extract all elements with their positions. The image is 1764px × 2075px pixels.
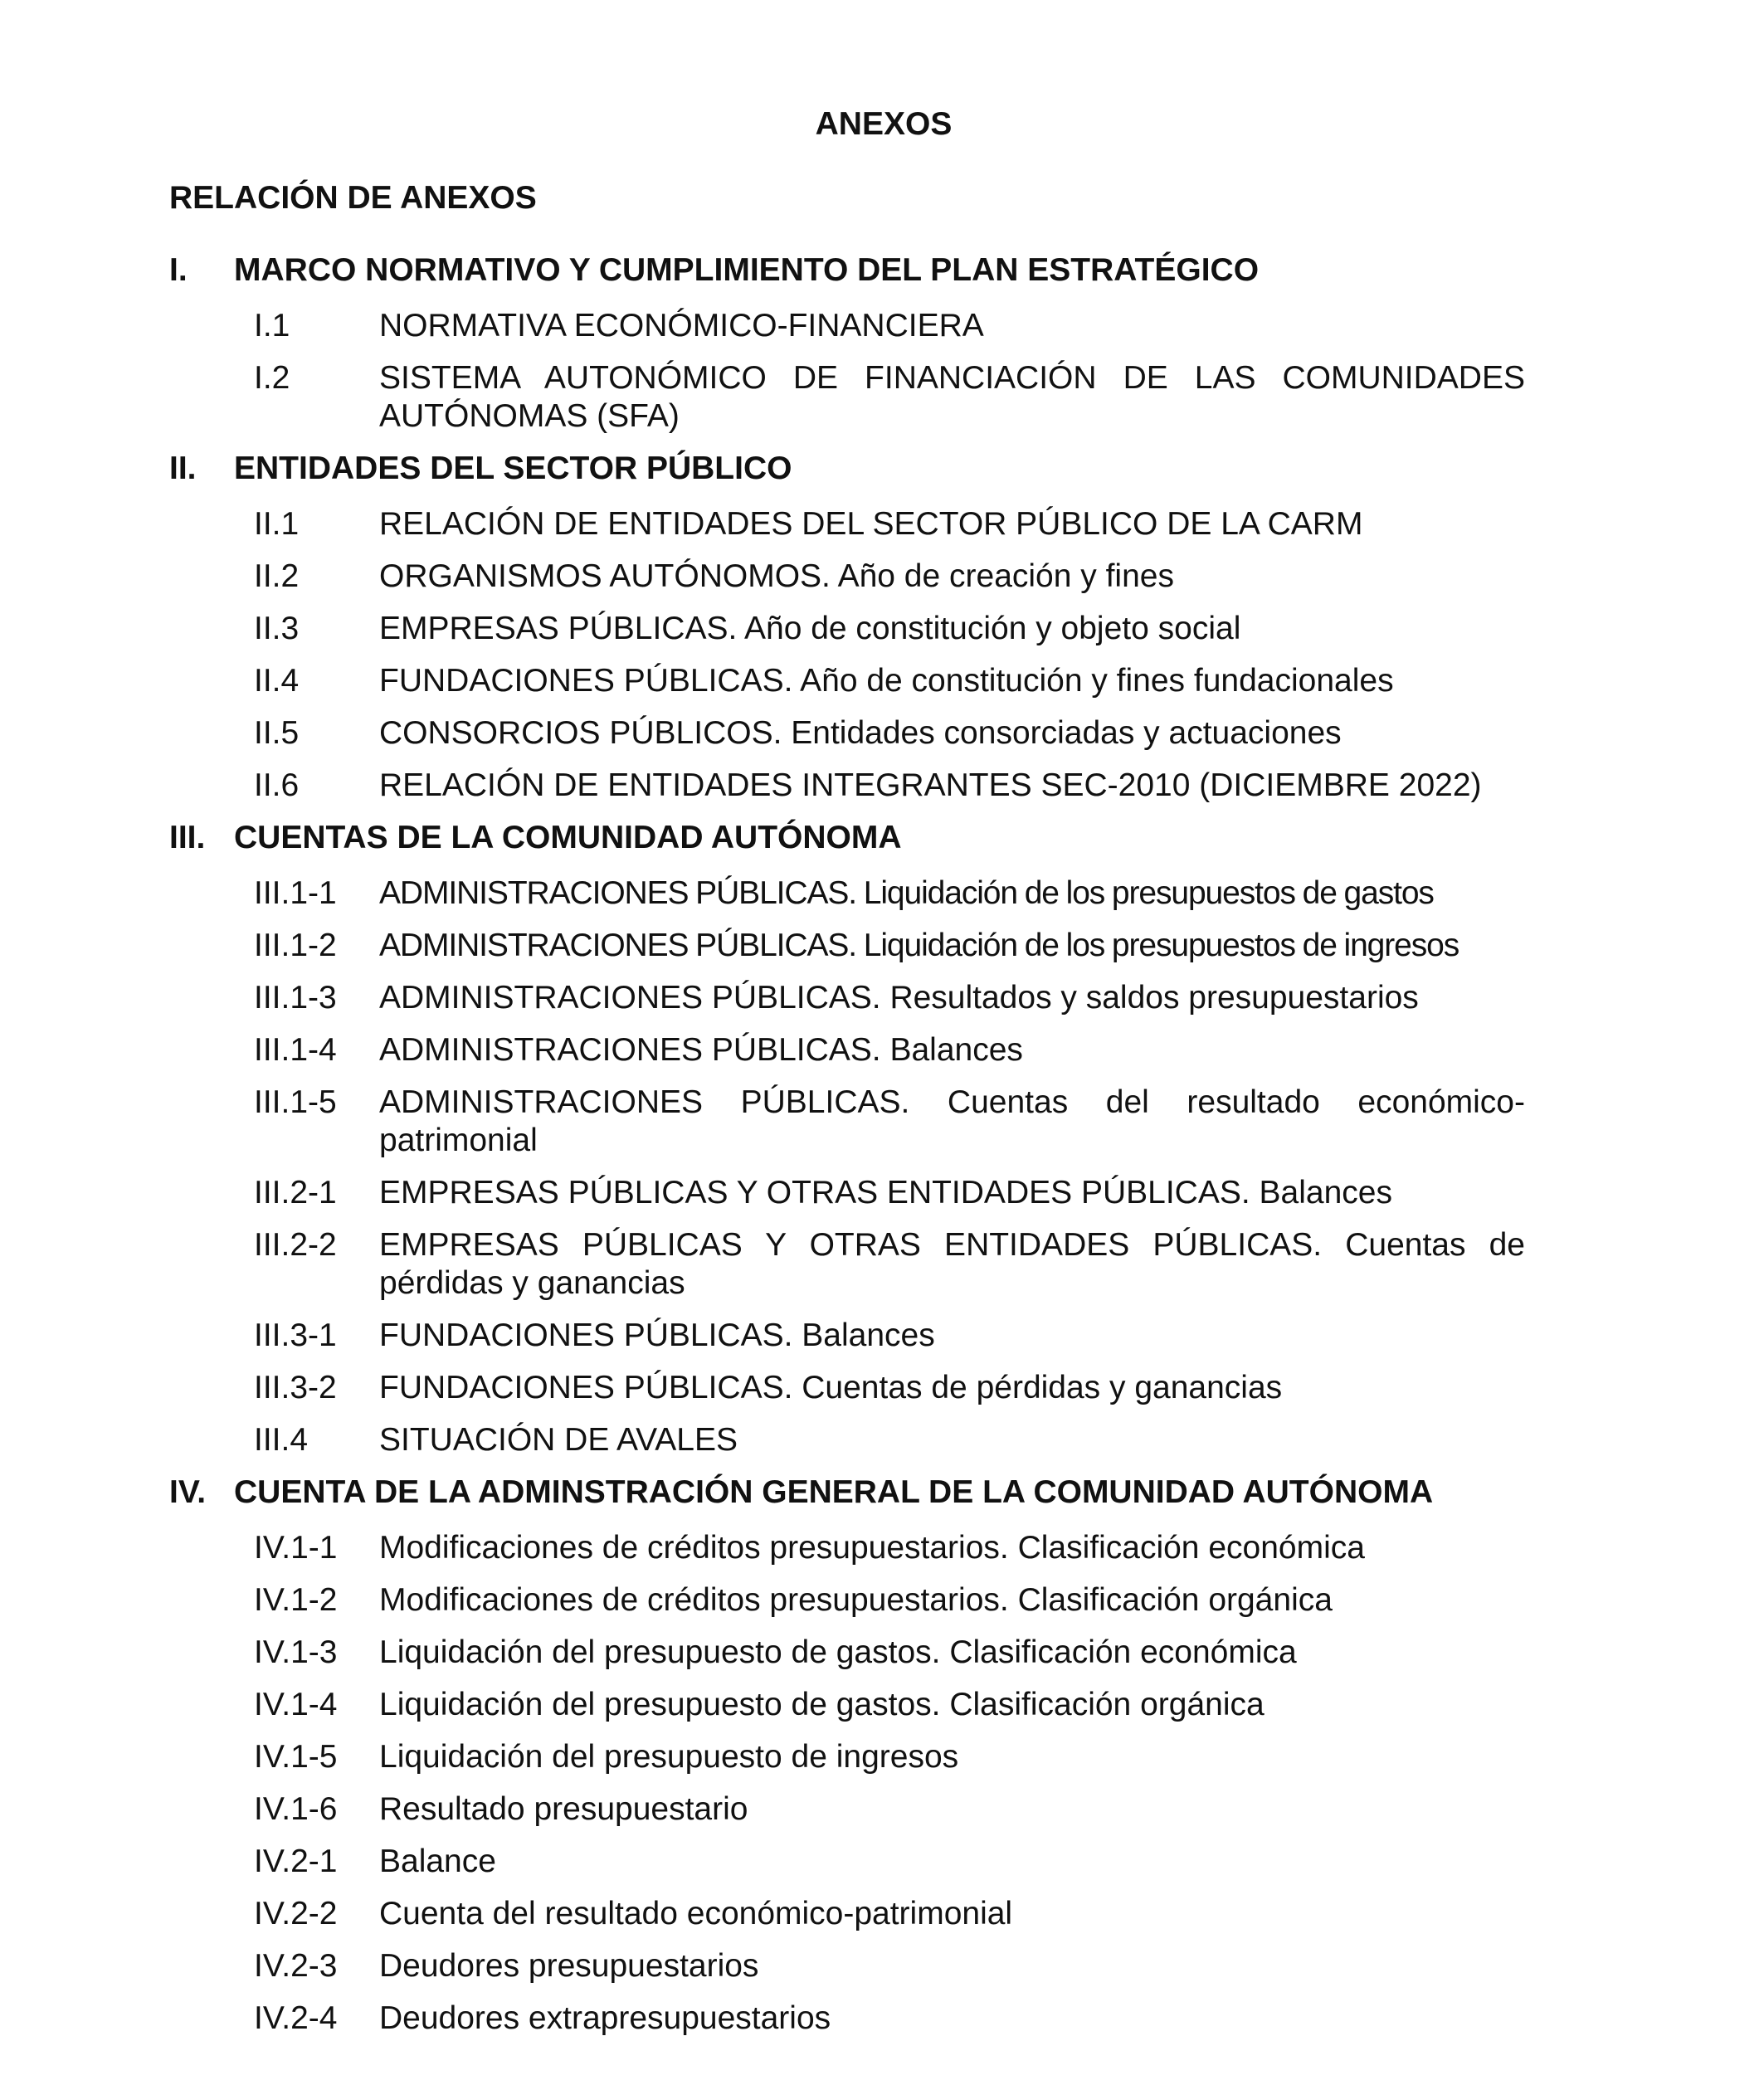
annex-code: II.6 xyxy=(254,767,379,805)
annex-section-3: IV. CUENTA DE LA ADMINSTRACIÓN GENERAL D… xyxy=(0,1473,1764,2038)
annex-list-title: RELACIÓN DE ANEXOS xyxy=(169,179,1764,217)
annex-item: III.3-1 FUNDACIONES PÚBLICAS. Balances xyxy=(254,1317,1525,1355)
annex-code: IV.1-1 xyxy=(254,1529,379,1567)
annex-item: II.4 FUNDACIONES PÚBLICAS. Año de consti… xyxy=(254,662,1525,700)
annex-description: SITUACIÓN DE AVALES xyxy=(379,1421,1525,1459)
annex-description: RELACIÓN DE ENTIDADES INTEGRANTES SEC-20… xyxy=(379,767,1525,805)
annex-code: III.1-3 xyxy=(254,979,379,1017)
annex-description: ADMINISTRACIONES PÚBLICAS. Liquidación d… xyxy=(379,927,1525,965)
annex-description: ADMINISTRACIONES PÚBLICAS. Cuentas del r… xyxy=(379,1084,1525,1160)
annex-item: IV.1-3 Liquidación del presupuesto de ga… xyxy=(254,1634,1525,1672)
annex-item: III.2-1 EMPRESAS PÚBLICAS Y OTRAS ENTIDA… xyxy=(254,1174,1525,1212)
annex-item: IV.1-6 Resultado presupuestario xyxy=(254,1790,1525,1829)
annex-code: III.3-1 xyxy=(254,1317,379,1355)
annex-code: II.4 xyxy=(254,662,379,700)
annex-description: Liquidación del presupuesto de ingresos xyxy=(379,1738,1525,1776)
annex-description: Liquidación del presupuesto de gastos. C… xyxy=(379,1686,1525,1724)
section-items: II.1 RELACIÓN DE ENTIDADES DEL SECTOR PÚ… xyxy=(0,505,1764,805)
annex-item: III.2-2 EMPRESAS PÚBLICAS Y OTRAS ENTIDA… xyxy=(254,1226,1525,1303)
annex-code: I.2 xyxy=(254,359,379,436)
annex-description: FUNDACIONES PÚBLICAS. Cuentas de pérdida… xyxy=(379,1369,1525,1407)
section-items: IV.1-1 Modificaciones de créditos presup… xyxy=(0,1529,1764,2038)
annex-code: IV.1-5 xyxy=(254,1738,379,1776)
annex-item: I.2 SISTEMA AUTONÓMICO DE FINANCIACIÓN D… xyxy=(254,359,1525,436)
annex-code: III.1-5 xyxy=(254,1084,379,1160)
section-number: IV. xyxy=(169,1473,234,1512)
annex-description: Resultado presupuestario xyxy=(379,1790,1525,1829)
annex-item: III.4 SITUACIÓN DE AVALES xyxy=(254,1421,1525,1459)
section-title: CUENTAS DE LA COMUNIDAD AUTÓNOMA xyxy=(234,819,902,857)
document-page: ANEXOS RELACIÓN DE ANEXOS I. MARCO NORMA… xyxy=(0,105,1764,2052)
section-heading: III. CUENTAS DE LA COMUNIDAD AUTÓNOMA xyxy=(169,819,1764,857)
annex-code: IV.1-2 xyxy=(254,1581,379,1620)
annex-item: IV.2-2 Cuenta del resultado económico-pa… xyxy=(254,1895,1525,1933)
annex-item: III.3-2 FUNDACIONES PÚBLICAS. Cuentas de… xyxy=(254,1369,1525,1407)
annex-description: SISTEMA AUTONÓMICO DE FINANCIACIÓN DE LA… xyxy=(379,359,1525,436)
annex-code: III.2-1 xyxy=(254,1174,379,1212)
annex-item: II.3 EMPRESAS PÚBLICAS. Año de constituc… xyxy=(254,610,1525,648)
annex-code: II.3 xyxy=(254,610,379,648)
annex-item: I.1 NORMATIVA ECONÓMICO-FINANCIERA xyxy=(254,307,1525,345)
annex-description: Deudores extrapresupuestarios xyxy=(379,2000,1525,2038)
annex-description: Modificaciones de créditos presupuestari… xyxy=(379,1529,1525,1567)
section-number: I. xyxy=(169,251,234,290)
annex-code: III.1-2 xyxy=(254,927,379,965)
annex-code: III.3-2 xyxy=(254,1369,379,1407)
annex-item: IV.1-2 Modificaciones de créditos presup… xyxy=(254,1581,1525,1620)
annex-description: RELACIÓN DE ENTIDADES DEL SECTOR PÚBLICO… xyxy=(379,505,1525,543)
section-number: III. xyxy=(169,819,234,857)
annex-description: Deudores presupuestarios xyxy=(379,1947,1525,1985)
section-title: CUENTA DE LA ADMINSTRACIÓN GENERAL DE LA… xyxy=(234,1473,1433,1512)
page-title: ANEXOS xyxy=(0,105,1764,144)
annex-item: IV.1-1 Modificaciones de créditos presup… xyxy=(254,1529,1525,1567)
annex-item: IV.2-3 Deudores presupuestarios xyxy=(254,1947,1525,1985)
section-heading: I. MARCO NORMATIVO Y CUMPLIMIENTO DEL PL… xyxy=(169,251,1764,290)
annex-description: EMPRESAS PÚBLICAS Y OTRAS ENTIDADES PÚBL… xyxy=(379,1226,1525,1303)
annex-description: ADMINISTRACIONES PÚBLICAS. Balances xyxy=(379,1031,1525,1069)
annex-description: Modificaciones de créditos presupuestari… xyxy=(379,1581,1525,1620)
annex-code: IV.2-4 xyxy=(254,2000,379,2038)
annex-code: I.1 xyxy=(254,307,379,345)
annex-item: II.6 RELACIÓN DE ENTIDADES INTEGRANTES S… xyxy=(254,767,1525,805)
annex-description: EMPRESAS PÚBLICAS Y OTRAS ENTIDADES PÚBL… xyxy=(379,1174,1525,1212)
annex-item: IV.1-4 Liquidación del presupuesto de ga… xyxy=(254,1686,1525,1724)
section-title: MARCO NORMATIVO Y CUMPLIMIENTO DEL PLAN … xyxy=(234,251,1259,290)
section-items: III.1-1 ADMINISTRACIONES PÚBLICAS. Liqui… xyxy=(0,874,1764,1459)
annex-section-2: III. CUENTAS DE LA COMUNIDAD AUTÓNOMA II… xyxy=(0,819,1764,1459)
annex-code: III.4 xyxy=(254,1421,379,1459)
annex-code: II.1 xyxy=(254,505,379,543)
annex-item: IV.2-1 Balance xyxy=(254,1843,1525,1881)
annex-description: EMPRESAS PÚBLICAS. Año de constitución y… xyxy=(379,610,1525,648)
annex-sections: I. MARCO NORMATIVO Y CUMPLIMIENTO DEL PL… xyxy=(0,251,1764,2038)
annex-item: III.1-2 ADMINISTRACIONES PÚBLICAS. Liqui… xyxy=(254,927,1525,965)
annex-code: III.1-1 xyxy=(254,874,379,913)
annex-item: II.5 CONSORCIOS PÚBLICOS. Entidades cons… xyxy=(254,714,1525,753)
annex-code: II.5 xyxy=(254,714,379,753)
annex-code: II.2 xyxy=(254,558,379,596)
section-items: I.1 NORMATIVA ECONÓMICO-FINANCIERA I.2 S… xyxy=(0,307,1764,436)
annex-description: Cuenta del resultado económico-patrimoni… xyxy=(379,1895,1525,1933)
annex-item: III.1-3 ADMINISTRACIONES PÚBLICAS. Resul… xyxy=(254,979,1525,1017)
annex-code: IV.2-3 xyxy=(254,1947,379,1985)
annex-item: III.1-5 ADMINISTRACIONES PÚBLICAS. Cuent… xyxy=(254,1084,1525,1160)
annex-description: ADMINISTRACIONES PÚBLICAS. Liquidación d… xyxy=(379,874,1525,913)
section-heading: IV. CUENTA DE LA ADMINSTRACIÓN GENERAL D… xyxy=(169,1473,1764,1512)
annex-description: FUNDACIONES PÚBLICAS. Balances xyxy=(379,1317,1525,1355)
annex-code: IV.1-4 xyxy=(254,1686,379,1724)
annex-code: III.1-4 xyxy=(254,1031,379,1069)
annex-code: IV.2-1 xyxy=(254,1843,379,1881)
annex-description: Balance xyxy=(379,1843,1525,1881)
annex-code: IV.1-6 xyxy=(254,1790,379,1829)
annex-item: III.1-4 ADMINISTRACIONES PÚBLICAS. Balan… xyxy=(254,1031,1525,1069)
annex-description: FUNDACIONES PÚBLICAS. Año de constitució… xyxy=(379,662,1525,700)
annex-description: NORMATIVA ECONÓMICO-FINANCIERA xyxy=(379,307,1525,345)
annex-item: II.2 ORGANISMOS AUTÓNOMOS. Año de creaci… xyxy=(254,558,1525,596)
annex-code: III.2-2 xyxy=(254,1226,379,1303)
annex-code: IV.1-3 xyxy=(254,1634,379,1672)
annex-code: IV.2-2 xyxy=(254,1895,379,1933)
section-number: II. xyxy=(169,450,234,488)
annex-description: ORGANISMOS AUTÓNOMOS. Año de creación y … xyxy=(379,558,1525,596)
section-title: ENTIDADES DEL SECTOR PÚBLICO xyxy=(234,450,792,488)
annex-item: III.1-1 ADMINISTRACIONES PÚBLICAS. Liqui… xyxy=(254,874,1525,913)
annex-description: ADMINISTRACIONES PÚBLICAS. Resultados y … xyxy=(379,979,1525,1017)
annex-description: Liquidación del presupuesto de gastos. C… xyxy=(379,1634,1525,1672)
annex-description: CONSORCIOS PÚBLICOS. Entidades consorcia… xyxy=(379,714,1525,753)
annex-item: II.1 RELACIÓN DE ENTIDADES DEL SECTOR PÚ… xyxy=(254,505,1525,543)
annex-item: IV.2-4 Deudores extrapresupuestarios xyxy=(254,2000,1525,2038)
annex-item: IV.1-5 Liquidación del presupuesto de in… xyxy=(254,1738,1525,1776)
annex-section-1: II. ENTIDADES DEL SECTOR PÚBLICO II.1 RE… xyxy=(0,450,1764,805)
section-heading: II. ENTIDADES DEL SECTOR PÚBLICO xyxy=(169,450,1764,488)
annex-section-0: I. MARCO NORMATIVO Y CUMPLIMIENTO DEL PL… xyxy=(0,251,1764,436)
